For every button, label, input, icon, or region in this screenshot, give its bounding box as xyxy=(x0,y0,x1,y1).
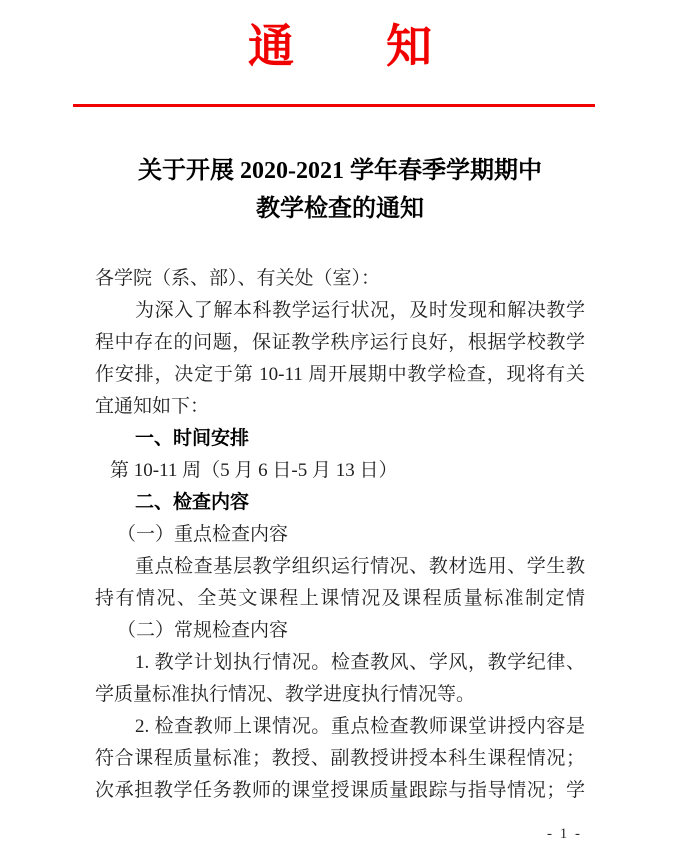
body-line: 持有情况、全英文课程上课情况及课程质量标准制定情况。 xyxy=(95,583,585,615)
body-line: 程中存在的问题，保证教学秩序运行良好，根据学校教学工 xyxy=(95,327,585,359)
red-divider-line xyxy=(73,104,595,107)
body-line: 宜通知如下： xyxy=(95,391,585,423)
document-title: 关于开展 2020-2021 学年春季学期期中 教学检查的通知 xyxy=(60,152,620,228)
body-line: 1. 教学计划执行情况。检查教风、学风，教学纪律、教 xyxy=(95,647,585,679)
body-line: 学质量标准执行情况、教学进度执行情况等。 xyxy=(95,679,585,711)
body-line: 作安排，决定于第 10-11 周开展期中教学检查，现将有关事 xyxy=(95,359,585,391)
document-title-line2: 教学检查的通知 xyxy=(60,190,620,228)
body-line: 符合课程质量标准；教授、副教授讲授本科生课程情况；首 xyxy=(95,743,585,775)
subheading-routine-inspection: （二）常规检查内容 xyxy=(95,615,585,647)
body-line: 第 10-11 周（5 月 6 日-5 月 13 日） xyxy=(95,455,585,487)
body-line: 2. 检查教师上课情况。重点检查教师课堂讲授内容是否 xyxy=(95,711,585,743)
document-title-line1: 关于开展 2020-2021 学年春季学期期中 xyxy=(60,152,620,190)
salutation-line: 各学院（系、部）、有关处（室）： xyxy=(95,263,585,295)
page-number: - 1 - xyxy=(547,824,582,844)
heading-time-arrangement: 一、时间安排 xyxy=(95,423,585,455)
notice-header-title: 通 知 xyxy=(0,22,680,72)
body-line: 次承担教学任务教师的课堂授课质量跟踪与指导情况；学生 xyxy=(95,775,585,807)
body-line: 为深入了解本科教学运行状况，及时发现和解决教学过 xyxy=(95,295,585,327)
heading-inspection-content: 二、检查内容 xyxy=(95,487,585,519)
document-body: 各学院（系、部）、有关处（室）： 为深入了解本科教学运行状况，及时发现和解决教学… xyxy=(95,263,585,807)
body-line: 重点检查基层教学组织运行情况、教材选用、学生教材 xyxy=(95,551,585,583)
subheading-key-inspection: （一）重点检查内容 xyxy=(95,519,585,551)
document-page: 通 知 关于开展 2020-2021 学年春季学期期中 教学检查的通知 各学院（… xyxy=(0,0,680,860)
